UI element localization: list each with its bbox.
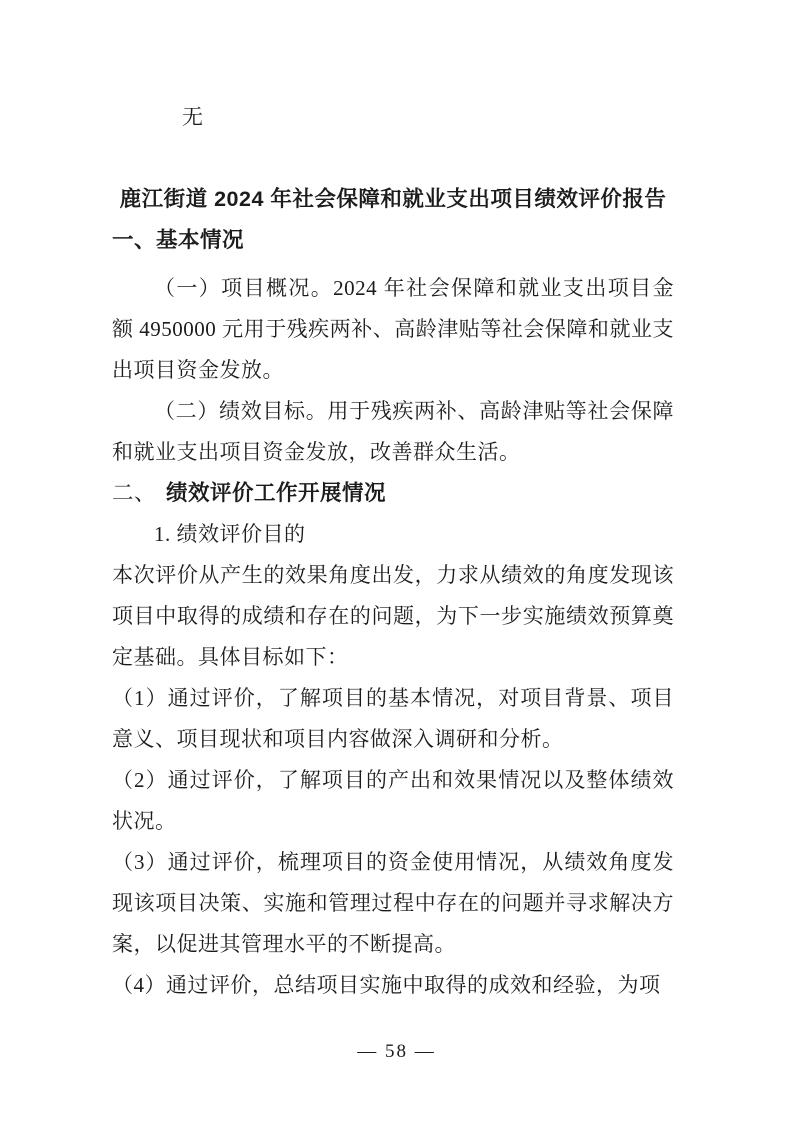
goal-item-3: （3）通过评价，梳理项目的资金使用情况，从绩效角度发现该项目决策、实施和管理过程…	[112, 842, 674, 965]
paragraph-purpose-intro: 本次评价从产生的效果角度出发，力求从绩效的角度发现该项目中取得的成绩和存在的问题…	[112, 555, 674, 678]
page-number: — 58 —	[0, 1038, 793, 1066]
orphan-text: 无	[112, 97, 674, 138]
paragraph-project-overview: （一）项目概况。2024 年社会保障和就业支出项目金额 4950000 元用于残…	[112, 268, 674, 391]
heading-basic-info: 一、基本情况	[112, 220, 674, 261]
heading-evaluation-work-number: 二、	[112, 481, 156, 505]
goal-item-4: （4）通过评价，总结项目实施中取得的成效和经验，为项	[112, 965, 674, 1006]
sub-heading-evaluation-purpose: 1. 绩效评价目的	[112, 514, 674, 555]
heading-evaluation-work-label: 绩效评价工作开展情况	[166, 481, 386, 505]
heading-evaluation-work: 二、绩效评价工作开展情况	[112, 473, 674, 514]
document-page: 无 鹿江街道 2024 年社会保障和就业支出项目绩效评价报告 一、基本情况 （一…	[0, 0, 793, 1122]
document-title: 鹿江街道 2024 年社会保障和就业支出项目绩效评价报告	[112, 179, 674, 220]
blank-line	[112, 138, 674, 179]
goal-item-2: （2）通过评价，了解项目的产出和效果情况以及整体绩效状况。	[112, 760, 674, 842]
goal-item-1: （1）通过评价，了解项目的基本情况，对项目背景、项目意义、项目现状和项目内容做深…	[112, 678, 674, 760]
paragraph-performance-goal: （二）绩效目标。用于残疾两补、高龄津贴等社会保障和就业支出项目资金发放，改善群众…	[112, 391, 674, 473]
document-content: 无 鹿江街道 2024 年社会保障和就业支出项目绩效评价报告 一、基本情况 （一…	[112, 97, 674, 1006]
